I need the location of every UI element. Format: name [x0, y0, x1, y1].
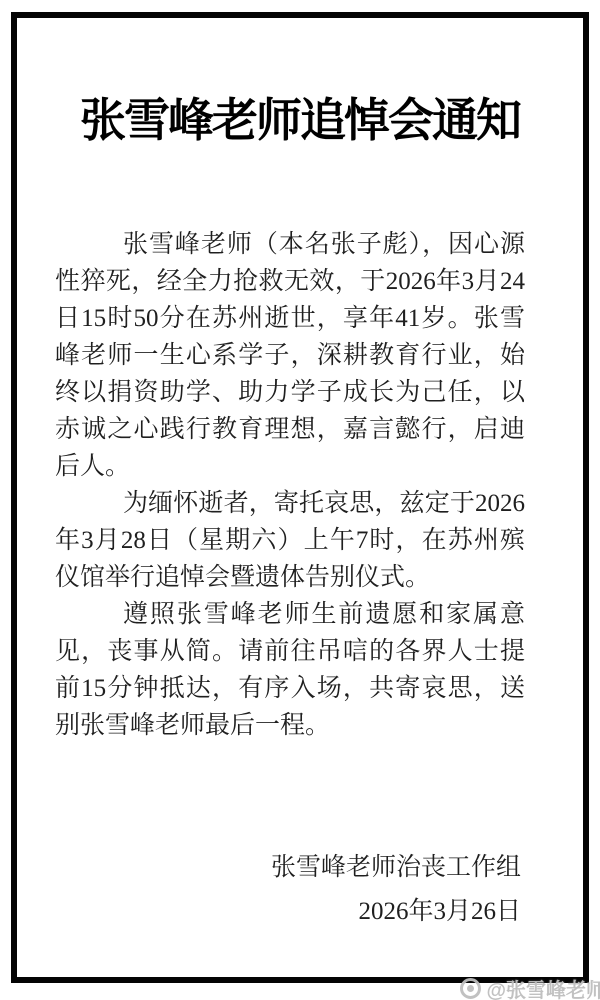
memorial-notice-page: 张雪峰老师追悼会通知 张雪峰老师（本名张子彪），因心源性猝死，经全力抢救无效，于… — [0, 0, 600, 1000]
signature-organization: 张雪峰老师治丧工作组 — [17, 846, 521, 890]
weibo-watermark: @张雪峰老师 — [460, 974, 600, 1000]
notice-paragraph-attendance-instructions: 遵照张雪峰老师生前遗愿和家属意见，丧事从简。请前往吊唁的各界人士提前15分钟抵达… — [55, 596, 525, 744]
signature-date: 2026年3月26日 — [17, 890, 521, 934]
weibo-eye-icon — [460, 978, 481, 999]
notice-paragraph-ceremony-details: 为缅怀逝者，寄托哀思，兹定于2026年3月28日（星期六）上午7时，在苏州殡仪馆… — [55, 485, 525, 596]
notice-body: 张雪峰老师（本名张子彪），因心源性猝死，经全力抢救无效，于2026年3月24日1… — [17, 226, 583, 744]
page-border-frame: 张雪峰老师追悼会通知 张雪峰老师（本名张子彪），因心源性猝死，经全力抢救无效，于… — [11, 12, 589, 983]
watermark-handle: @张雪峰老师 — [486, 974, 600, 1000]
signature-block: 张雪峰老师治丧工作组 2026年3月26日 — [17, 846, 583, 934]
notice-paragraph-death-announcement: 张雪峰老师（本名张子彪），因心源性猝死，经全力抢救无效，于2026年3月24日1… — [55, 226, 525, 485]
notice-title: 张雪峰老师追悼会通知 — [17, 94, 583, 146]
